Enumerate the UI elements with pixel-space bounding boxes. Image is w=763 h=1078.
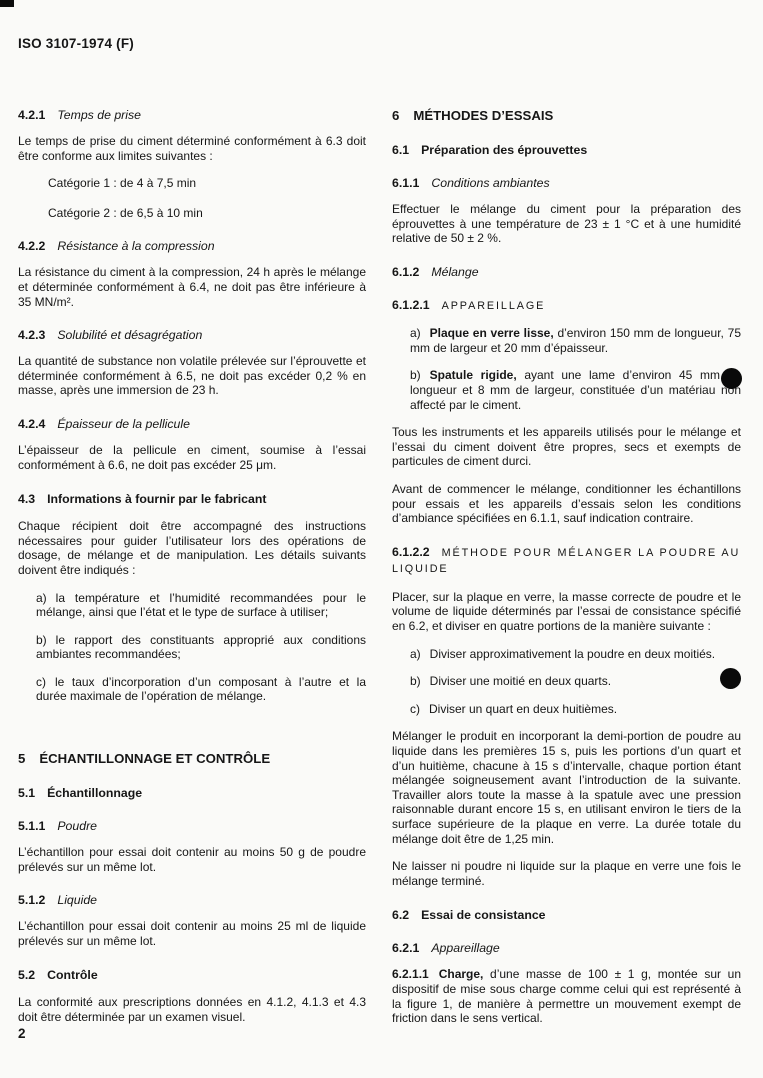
section-number: 6 xyxy=(392,108,399,123)
clause-number: 4.2.1 xyxy=(18,108,45,122)
paragraph-text: Effectuer le mélange du ciment pour la p… xyxy=(392,202,741,245)
list-item-label: a) xyxy=(410,326,421,340)
list-item-text: le taux d’incorporation d’un composant à… xyxy=(36,675,366,704)
list-item-bold-lead: Spatule rigide, xyxy=(430,368,517,382)
paragraph-text: L’épaisseur de la pellicule en ciment, s… xyxy=(18,443,366,472)
clause-title: Conditions ambiantes xyxy=(431,176,549,190)
section-number: 5.1 xyxy=(18,786,35,800)
clause-heading-italic: 4.2.2Résistance à la compression xyxy=(18,239,366,253)
paragraph-text: La résistance du ciment à la compression… xyxy=(18,265,366,308)
list-item-text: Diviser une moitié en deux quarts. xyxy=(430,674,611,688)
scan-corner-mark-icon xyxy=(0,0,14,7)
section-number: 6.1 xyxy=(392,143,409,157)
clause-heading-smallcaps: 6.1.2.2Méthode pour mélanger la poudre a… xyxy=(392,545,741,578)
list-item-label: b) xyxy=(410,674,421,688)
paragraph: La quantité de substance non volatile pr… xyxy=(18,354,366,398)
clause-number: 6.2.1.1 xyxy=(392,967,429,981)
list-item: a)la température et l’humidité recommand… xyxy=(36,591,366,620)
paragraph-text: L’échantillon pour essai doit contenir a… xyxy=(18,919,366,948)
sub-section-heading: 4.3Informations à fournir par le fabrica… xyxy=(18,492,366,506)
list-item-bold-lead: Plaque en verre lisse, xyxy=(430,326,554,340)
section-number: 4.3 xyxy=(18,492,35,506)
major-section-heading: 6MÉTHODES D’ESSAIS xyxy=(392,108,741,123)
paragraph: Placer, sur la plaque en verre, la masse… xyxy=(392,590,741,634)
paragraph-text: La quantité de substance non volatile pr… xyxy=(18,354,366,397)
clause-title: Liquide xyxy=(57,893,97,907)
paragraph: La conformité aux prescriptions données … xyxy=(18,995,366,1024)
list-item: b)Spatule rigide, ayant une lame d’envir… xyxy=(410,368,741,412)
paragraph: Le temps de prise du ciment déterminé co… xyxy=(18,134,366,163)
sub-section-heading: 5.1Échantillonnage xyxy=(18,786,366,800)
clause-number: 4.2.3 xyxy=(18,328,45,342)
major-section-heading: 5ÉCHANTILLONNAGE ET CONTRÔLE xyxy=(18,751,366,766)
section-title: Contrôle xyxy=(47,968,98,982)
clause-number: 4.2.4 xyxy=(18,417,45,431)
page-number: 2 xyxy=(18,1026,26,1041)
list-item-label: a) xyxy=(36,591,47,605)
section-title: Échantillonnage xyxy=(47,786,142,800)
section-number: 5 xyxy=(18,751,25,766)
list-item: c)Diviser un quart en deux huitièmes. xyxy=(410,702,741,717)
paragraph: Mélanger le produit en incorporant la de… xyxy=(392,729,741,846)
document-page: ISO 3107-1974 (F) 4.2.1Temps de priseLe … xyxy=(0,0,763,1078)
paragraph-text: Tous les instruments et les appareils ut… xyxy=(392,425,741,468)
document-reference-header: ISO 3107-1974 (F) xyxy=(18,36,134,51)
numbered-paragraph: 6.2.1.1Charge, d’une masse de 100 ± 1 g,… xyxy=(392,967,741,1025)
clause-heading-italic: 6.1.2Mélange xyxy=(392,265,741,279)
print-margin-dot-icon xyxy=(721,368,742,389)
list-item-label: c) xyxy=(36,675,46,689)
list-item-text: la température et l’humidité recommandée… xyxy=(36,591,366,620)
paragraph-text: Avant de commencer le mélange, condition… xyxy=(392,482,741,525)
paragraph: L’échantillon pour essai doit contenir a… xyxy=(18,845,366,874)
paragraph: L’échantillon pour essai doit contenir a… xyxy=(18,919,366,948)
paragraph-text: Mélanger le produit en incorporant la de… xyxy=(392,729,741,845)
paragraph-text: L’échantillon pour essai doit contenir a… xyxy=(18,845,366,874)
clause-title: Mélange xyxy=(431,265,478,279)
clause-title: Poudre xyxy=(57,819,97,833)
sub-section-heading: 6.1Préparation des éprouvettes xyxy=(392,143,741,157)
clause-number: 6.1.2 xyxy=(392,265,419,279)
clause-title: Méthode pour mélanger la poudre au liqui… xyxy=(392,547,740,576)
paragraph: La résistance du ciment à la compression… xyxy=(18,265,366,309)
indented-line: Catégorie 2 : de 6,5 à 10 min xyxy=(48,206,366,221)
paragraph: Effectuer le mélange du ciment pour la p… xyxy=(392,202,741,246)
paragraph-bold-lead: Charge, xyxy=(439,967,484,981)
list-item: a)Plaque en verre lisse, d’environ 150 m… xyxy=(410,326,741,355)
clause-title: Appareillage xyxy=(431,941,499,955)
indented-line: Catégorie 1 : de 4 à 7,5 min xyxy=(48,176,366,191)
paragraph-text: Chaque récipient doit être accompagné de… xyxy=(18,519,366,577)
left-column: 4.2.1Temps de priseLe temps de prise du … xyxy=(18,108,366,1039)
paragraph-text: Placer, sur la plaque en verre, la masse… xyxy=(392,590,741,633)
list-item-text: le rapport des constituants approprié au… xyxy=(36,633,366,662)
list-item: a)Diviser approximativement la poudre en… xyxy=(410,647,741,662)
sub-section-heading: 5.2Contrôle xyxy=(18,968,366,982)
two-column-body: 4.2.1Temps de priseLe temps de prise du … xyxy=(18,108,741,1039)
section-number: 5.2 xyxy=(18,968,35,982)
clause-number: 6.1.2.2 xyxy=(392,545,430,559)
clause-heading-smallcaps: 6.1.2.1Appareillage xyxy=(392,298,741,315)
clause-title: Résistance à la compression xyxy=(57,239,214,253)
clause-number: 5.1.2 xyxy=(18,893,45,907)
section-title: ÉCHANTILLONNAGE ET CONTRÔLE xyxy=(39,751,270,766)
clause-heading-italic: 5.1.2Liquide xyxy=(18,893,366,907)
clause-number: 6.1.2.1 xyxy=(392,298,430,312)
clause-number: 4.2.2 xyxy=(18,239,45,253)
clause-heading-italic: 4.2.3Solubilité et désagrégation xyxy=(18,328,366,342)
paragraph: Avant de commencer le mélange, condition… xyxy=(392,482,741,526)
clause-number: 6.1.1 xyxy=(392,176,419,190)
clause-heading-italic: 6.1.1Conditions ambiantes xyxy=(392,176,741,190)
list-item-label: c) xyxy=(410,702,420,716)
clause-heading-italic: 4.2.1Temps de prise xyxy=(18,108,366,122)
list-item: b)le rapport des constituants approprié … xyxy=(36,633,366,662)
clause-title: Épaisseur de la pellicule xyxy=(57,417,190,431)
clause-number: 6.2.1 xyxy=(392,941,419,955)
list-item-text: Diviser un quart en deux huitièmes. xyxy=(429,702,617,716)
sub-section-heading: 6.2Essai de consistance xyxy=(392,908,741,922)
paragraph: Ne laisser ni poudre ni liquide sur la p… xyxy=(392,859,741,888)
clause-title: Solubilité et désagrégation xyxy=(57,328,202,342)
section-title: Essai de consistance xyxy=(421,908,545,922)
indented-line-text: Catégorie 2 : de 6,5 à 10 min xyxy=(48,206,203,220)
paragraph: Tous les instruments et les appareils ut… xyxy=(392,425,741,469)
clause-title: Appareillage xyxy=(442,300,546,312)
list-item: b)Diviser une moitié en deux quarts. xyxy=(410,674,741,689)
section-title: Préparation des éprouvettes xyxy=(421,143,587,157)
paragraph-text: La conformité aux prescriptions données … xyxy=(18,995,366,1024)
right-column: 6MÉTHODES D’ESSAIS6.1Préparation des épr… xyxy=(392,108,741,1039)
indented-line-text: Catégorie 1 : de 4 à 7,5 min xyxy=(48,176,196,190)
paragraph-text: Ne laisser ni poudre ni liquide sur la p… xyxy=(392,859,741,888)
list-item-label: b) xyxy=(36,633,47,647)
list-item: c)le taux d’incorporation d’un composant… xyxy=(36,675,366,704)
list-item-label: b) xyxy=(410,368,421,382)
paragraph-text: Le temps de prise du ciment déterminé co… xyxy=(18,134,366,163)
print-margin-dot-icon xyxy=(720,668,741,689)
clause-heading-italic: 4.2.4Épaisseur de la pellicule xyxy=(18,417,366,431)
paragraph: L’épaisseur de la pellicule en ciment, s… xyxy=(18,443,366,472)
list-item-text: Diviser approximativement la poudre en d… xyxy=(430,647,715,661)
list-item-label: a) xyxy=(410,647,421,661)
section-number: 6.2 xyxy=(392,908,409,922)
clause-number: 5.1.1 xyxy=(18,819,45,833)
clause-title: Temps de prise xyxy=(57,108,141,122)
section-title: MÉTHODES D’ESSAIS xyxy=(413,108,553,123)
clause-heading-italic: 5.1.1Poudre xyxy=(18,819,366,833)
section-title: Informations à fournir par le fabricant xyxy=(47,492,266,506)
clause-heading-italic: 6.2.1Appareillage xyxy=(392,941,741,955)
paragraph: Chaque récipient doit être accompagné de… xyxy=(18,519,366,577)
